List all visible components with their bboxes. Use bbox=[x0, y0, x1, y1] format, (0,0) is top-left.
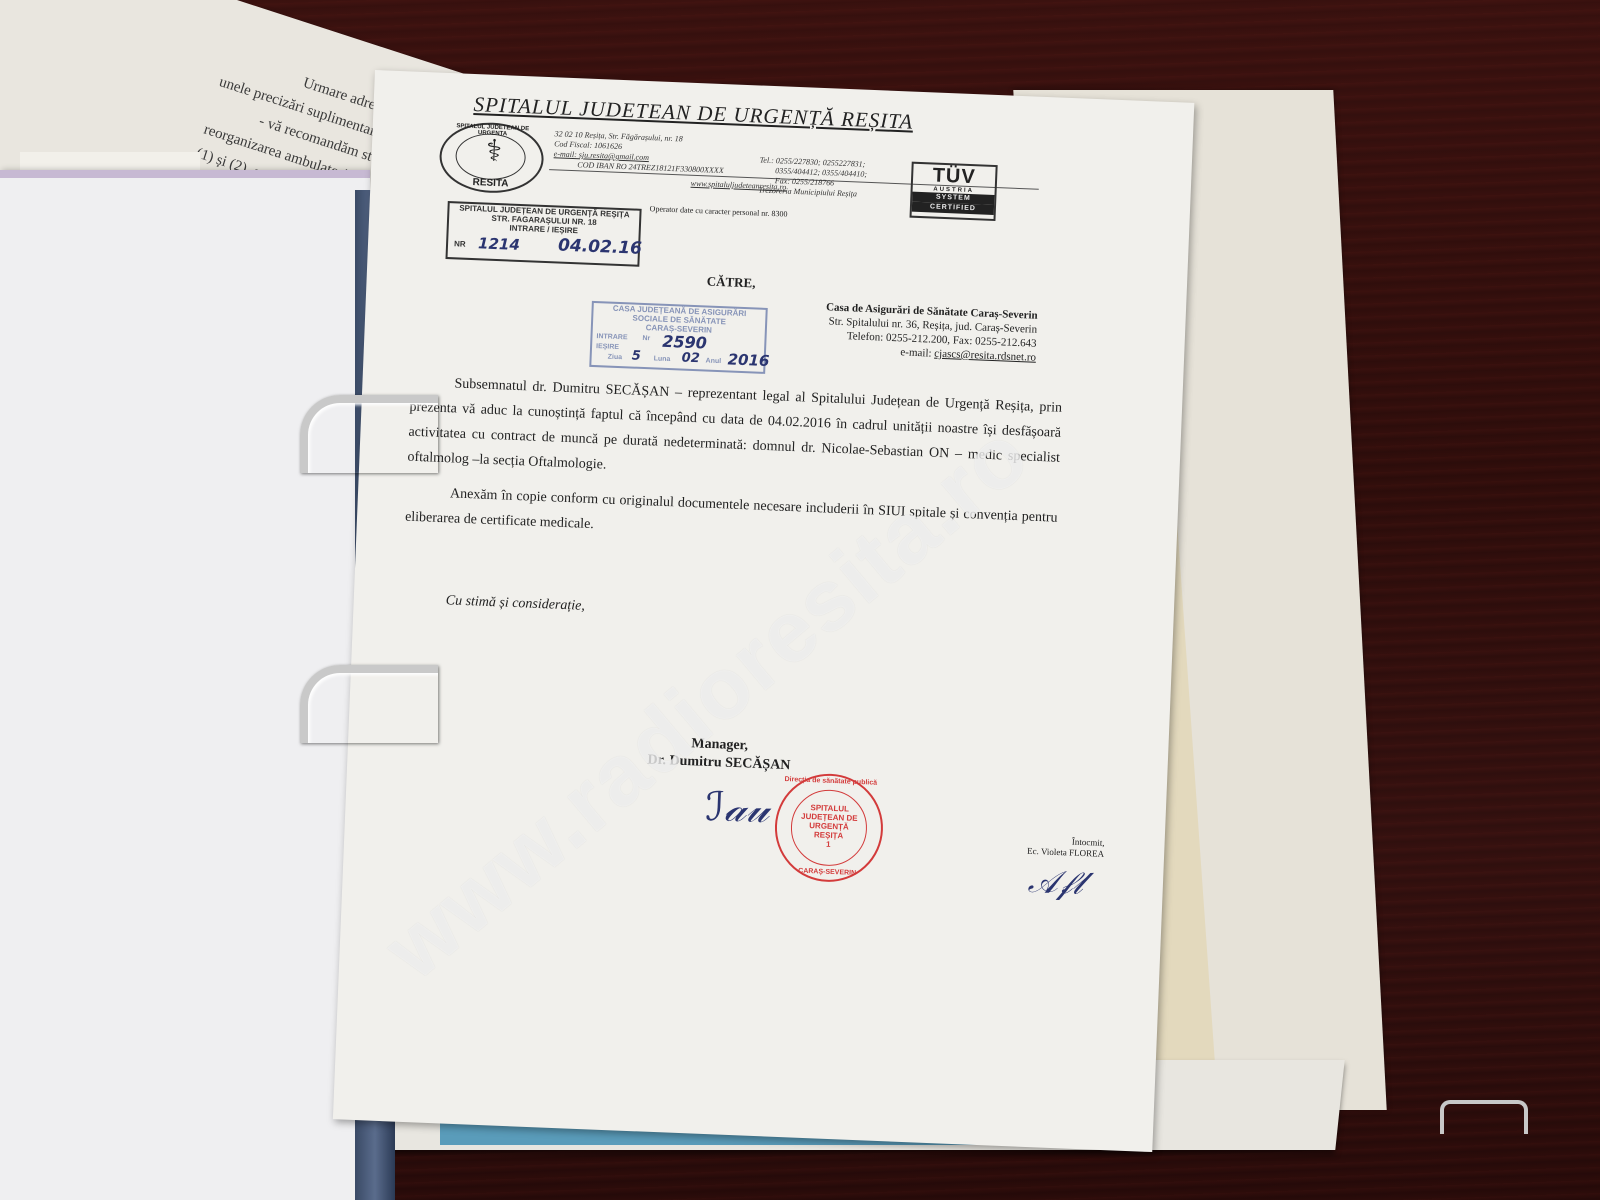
logo-city: RESITA bbox=[440, 176, 540, 191]
hospital-logo: SPITALUL JUDETEAN DE URGENTA ⚕ RESITA bbox=[438, 121, 545, 195]
tuv-mark: TÜV bbox=[913, 164, 996, 189]
body-paragraph: Subsemnatul dr. Dumitru SECĂȘAN – reprez… bbox=[407, 370, 1062, 496]
seal-center-text: SPITALUL JUDEȚEAN DE URGENȚĂ REȘIȚA 1 bbox=[776, 802, 882, 851]
seal-ring-text: Direcția de sănătate publică bbox=[779, 776, 883, 787]
seal-bottom-text: CARAȘ-SEVERIN bbox=[775, 867, 879, 878]
letterhead-title: SPITALUL JUDETEAN DE URGENȚĂ REȘITA bbox=[473, 92, 913, 135]
entry-month: 02 bbox=[681, 351, 700, 367]
data-operator-number: Operator date cu caracter personal nr. 8… bbox=[649, 204, 787, 219]
binder-ring-bottom bbox=[300, 665, 438, 743]
entry-in-label: INTRARE bbox=[596, 333, 627, 341]
entry-day-label: Ziua bbox=[608, 354, 623, 362]
entry-out-label: IEȘIRE bbox=[596, 343, 619, 351]
registry-stamp: SPITALUL JUDEȚEAN DE URGENȚĂ REȘIȚA STR.… bbox=[445, 201, 641, 267]
recipient-block: Casa de Asigurări de Sănătate Caraș-Seve… bbox=[824, 300, 1038, 364]
letterhead-contacts: Tel.: 0255/227830; 0255227831; 0355/4044… bbox=[758, 156, 867, 200]
salutation: CĂTRE, bbox=[706, 273, 755, 291]
entry-year: 2016 bbox=[727, 350, 769, 370]
letterhead-address: 32 02 10 Reșița, Str. Făgărașului, nr. 1… bbox=[553, 129, 725, 176]
entry-month-label: Luna bbox=[653, 355, 670, 363]
binder-ring-top bbox=[300, 395, 438, 473]
hospital-letter[interactable]: SPITALUL JUDETEAN DE URGENȚĂ REȘITA SPIT… bbox=[333, 70, 1194, 1152]
tuv-certification-logo: TÜV AUSTRIA SYSTEM CERTIFIED bbox=[910, 162, 998, 221]
entry-stamp: CASA JUDEȚEANĂ DE ASIGURĂRI SOCIALE DE S… bbox=[589, 301, 768, 374]
manager-signature: ℐ𝒶𝓊 bbox=[705, 784, 770, 833]
registry-nr-label: NR bbox=[454, 239, 466, 248]
preparer-signature: 𝒜𝒻𝓁 bbox=[1027, 862, 1084, 903]
registry-date: 04.02.16 bbox=[558, 235, 643, 258]
prepared-by-name: Ec. Violeta FLOREA bbox=[1027, 846, 1104, 860]
signatory-block: Manager, Dr. Dumitru SECĂȘAN bbox=[647, 734, 791, 776]
letter-body: Subsemnatul dr. Dumitru SECĂȘAN – reprez… bbox=[405, 370, 1063, 556]
closing: Cu stimă și considerație, bbox=[445, 593, 585, 615]
tuv-certified: CERTIFIED bbox=[912, 202, 994, 215]
recipient-email-link[interactable]: cjascs@resita.rdsnet.ro bbox=[934, 348, 1036, 364]
entry-nr-label: Nr bbox=[642, 335, 650, 342]
prepared-by-block: Întocmit, Ec. Violeta FLOREA bbox=[1027, 835, 1105, 860]
official-seal: Direcția de sănătate publică SPITALUL JU… bbox=[773, 772, 885, 884]
metal-clip bbox=[1440, 1100, 1528, 1134]
recipient-email-label: e-mail: bbox=[900, 346, 934, 359]
entry-day: 5 bbox=[631, 349, 641, 364]
entry-number: 2590 bbox=[662, 332, 707, 353]
caduceus-icon: ⚕ bbox=[485, 135, 503, 170]
entry-year-label: Anul bbox=[705, 358, 721, 366]
registry-number: 1214 bbox=[478, 234, 520, 254]
